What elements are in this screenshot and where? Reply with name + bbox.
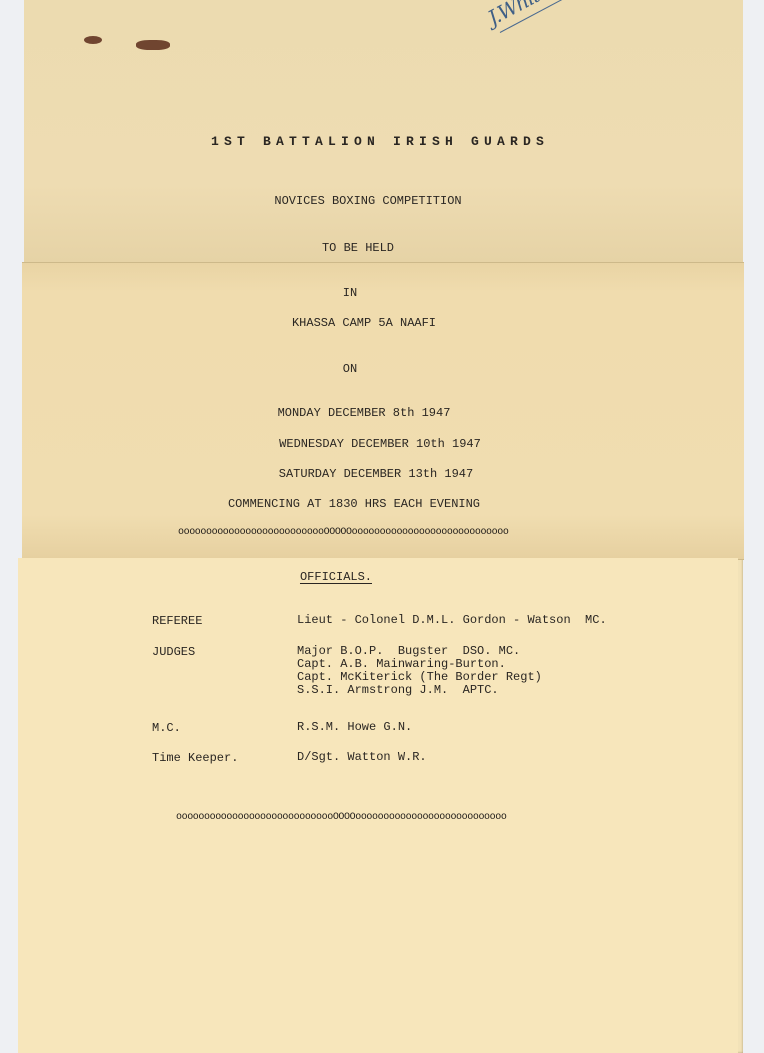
date-line-1: MONDAY DECEMBER 8th 1947: [0, 406, 746, 420]
event-name: NOVICES BOXING COMPETITION: [0, 194, 750, 208]
in-text: IN: [0, 286, 732, 300]
paper-fold-top: [24, 0, 743, 262]
date-line-3: SATURDAY DECEMBER 13th 1947: [0, 467, 758, 481]
divider-bottom: ooooooooooooooooooooooooooooOOOOoooooooo…: [176, 812, 506, 823]
document-title: 1ST BATTALION IRISH GUARDS: [0, 134, 762, 149]
paper-fold-bottom: [18, 558, 738, 1053]
divider-top: ooooooooooooooooooooooooooOOOOOooooooooo…: [178, 527, 508, 538]
to-be-held-text: TO BE HELD: [0, 241, 740, 255]
date-line-2: WEDNESDAY DECEMBER 10th 1947: [0, 437, 762, 451]
role-mc: M.C.: [152, 721, 181, 735]
on-text: ON: [0, 362, 732, 376]
referee-name: Lieut - Colonel D.M.L. Gordon - Watson M…: [297, 614, 607, 627]
mc-name: R.S.M. Howe G.N.: [297, 721, 412, 734]
rust-stain-right: [136, 40, 170, 50]
role-referee: REFEREE: [152, 614, 202, 628]
time-keeper-name: D/Sgt. Watton W.R.: [297, 751, 427, 764]
commencing-time: COMMENCING AT 1830 HRS EACH EVENING: [0, 497, 736, 511]
role-time-keeper: Time Keeper.: [152, 751, 238, 765]
venue: KHASSA CAMP 5A NAAFI: [0, 316, 746, 330]
judge-name-4: S.S.I. Armstrong J.M. APTC.: [297, 684, 499, 697]
role-judges: JUDGES: [152, 645, 195, 659]
officials-heading: OFFICIALS.: [0, 570, 718, 584]
rust-stain-left: [84, 36, 102, 44]
